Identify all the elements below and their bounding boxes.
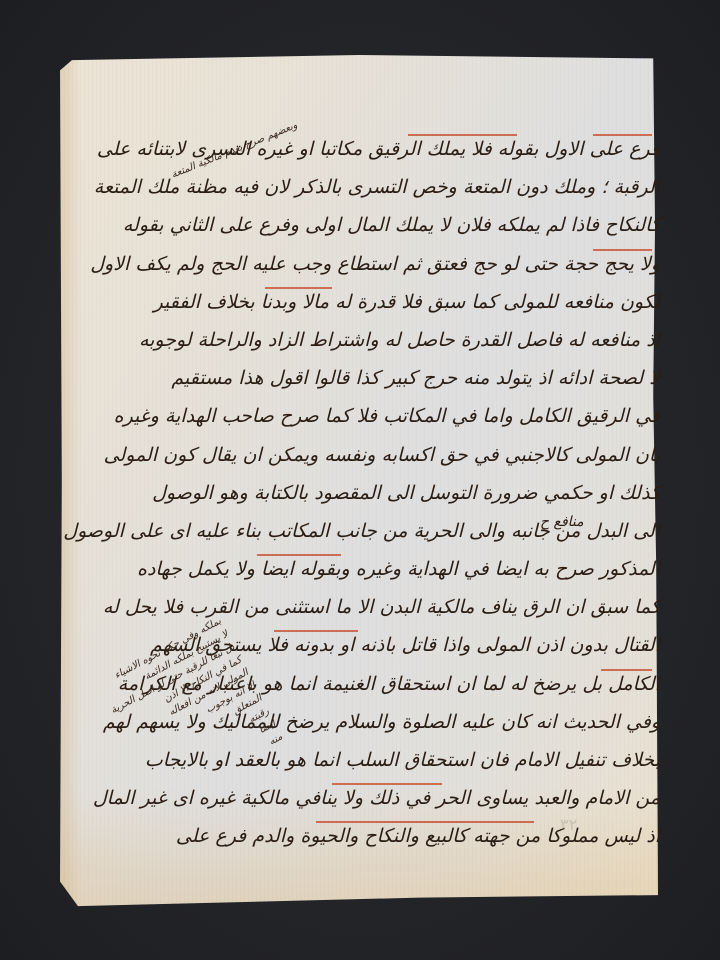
text-line: كالنكاح فاذا لم يملكه فلان لا يملك المال…	[240, 206, 660, 244]
text-line: الكامل بل يرضخ له لما ان استحقاق الغنيمة…	[240, 665, 660, 703]
rubric-overline	[274, 630, 358, 632]
text-line: الرقبة ؛ وملك دون المتعة وخص التسرى بالذ…	[240, 168, 660, 206]
faded-folio-mark: ٣٢	[560, 815, 577, 834]
text-line: فرع على الاول بقوله فلا يملك الرقيق مكات…	[240, 130, 660, 168]
text-line: كذلك او حكمي ضرورة التوسل الى المقصود با…	[240, 474, 660, 512]
rubric-overline	[332, 783, 441, 785]
text-line: من الامام والعبد يساوى الحر في ذلك ولا ي…	[240, 779, 660, 817]
text-line: ولا يحج حجة حتى لو حج فعتق ثم استطاع وجب…	[240, 245, 660, 283]
main-text-block: فرع على الاول بقوله فلا يملك الرقيق مكات…	[240, 130, 660, 856]
rubric-overline	[593, 134, 652, 136]
photo-background: فرع على الاول بقوله فلا يملك الرقيق مكات…	[0, 0, 720, 960]
rubric-overline	[601, 669, 651, 671]
text-line: كما سبق ان الرق يناف مالكية البدن الا ما…	[240, 588, 660, 626]
margin-note-right: منافع ح	[540, 514, 584, 530]
rubric-overline	[265, 287, 332, 289]
text-line: لكون منافعه للمولى كما سبق فلا قدرة له م…	[240, 283, 660, 321]
text-line: المذكور صرح به ايضا في الهداية وغيره وبق…	[240, 550, 660, 588]
text-line: بخلاف تنفيل الامام فان استحقاق السلب انم…	[240, 741, 660, 779]
text-line: في الرقيق الكامل واما في المكاتب فلا كما…	[240, 397, 660, 435]
text-line: اذ منافعه له فاصل القدرة حاصل له واشتراط…	[240, 321, 660, 359]
text-line: لا لصحة ادائه اذ يتولد منه حرج كبير كذا …	[240, 359, 660, 397]
rubric-overline	[257, 554, 341, 556]
text-line: القتال بدون اذن المولى واذا قاتل باذنه ا…	[240, 626, 660, 664]
text-line: بان المولى كالاجنبي في حق اكسابه ونفسه و…	[240, 436, 660, 474]
rubric-overline	[316, 821, 534, 823]
rubric-overline	[593, 249, 652, 251]
text-line: وفي الحديث انه كان عليه الصلوة والسلام ي…	[240, 703, 660, 741]
text-line: اذ ليس مملوكا من جهته كالبيع والنكاح وال…	[240, 817, 660, 855]
rubric-overline	[408, 134, 517, 136]
text-line: الى البدل من جانبه والى الحرية من جانب ا…	[240, 512, 660, 550]
